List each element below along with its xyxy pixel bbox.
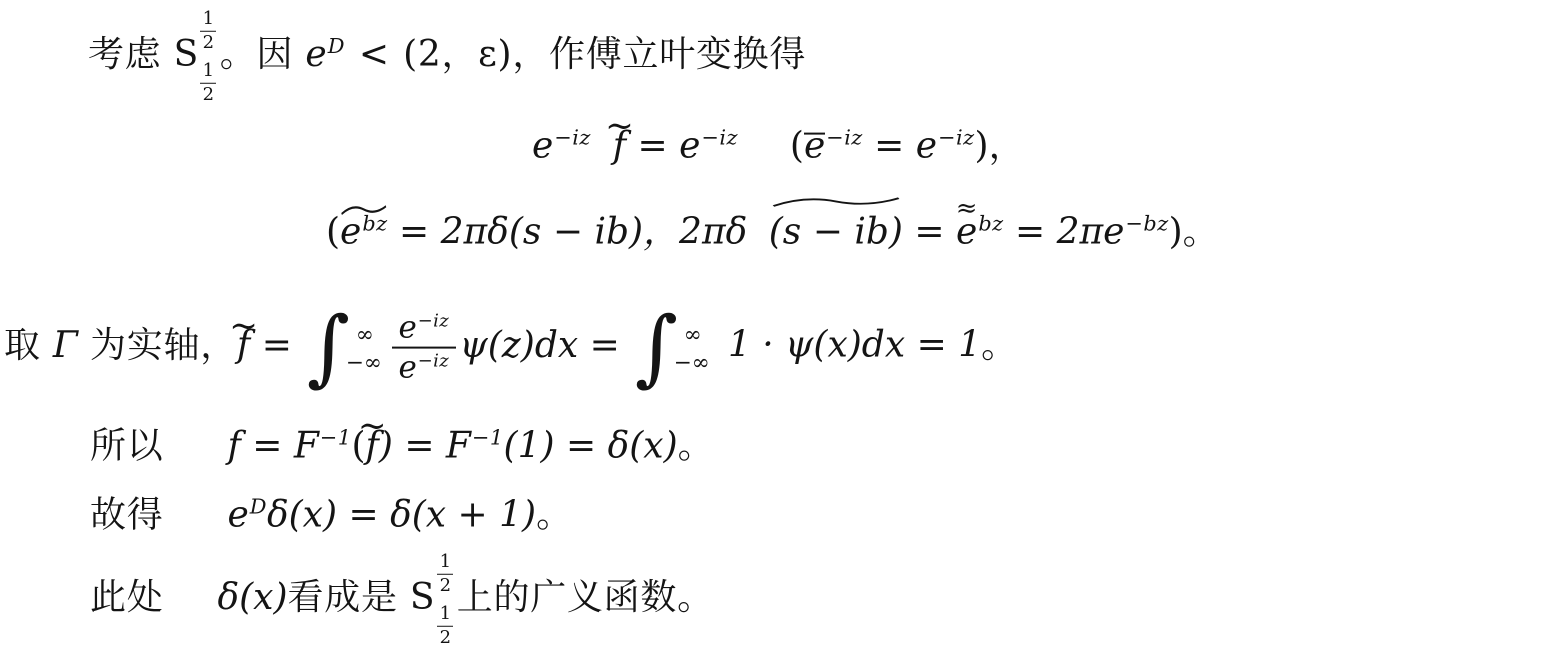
wide-tilde-accent [340, 204, 388, 217]
base-group: (s − ib) [769, 212, 903, 253]
denominator: 2 [200, 31, 216, 53]
equals-sign: = [903, 212, 956, 253]
f-equals-F: f = F [227, 426, 318, 467]
text-real-axis: 为实轴， [78, 325, 237, 366]
superscript: −iz [826, 126, 862, 150]
e-power-D-delta: eDδ(x) = δ(x + 1) [227, 495, 536, 536]
base-e: e [305, 34, 326, 75]
s-minus-ib-widetilde: (s − ib) [769, 210, 903, 257]
page: 考虑 S1212。因 eD<(2，ε)，作傅立叶变换得 e−iz~f = e−i… [0, 0, 1542, 650]
superscript-D: D [328, 34, 345, 58]
integral-limits: ∞−∞ [676, 322, 712, 375]
numerator-e-power: e−iz [392, 311, 456, 350]
delta-shift-equation: δ(x) = δ(x + 1) [267, 495, 536, 536]
text-take: 取 [4, 325, 53, 366]
text-suoyi: 所以 [90, 426, 163, 467]
double-tilde-accent: ≈ [956, 196, 978, 222]
one-dot-psi-x-dx: 1 · ψ(x)dx = 1 [728, 325, 981, 366]
e-with-double-tilde: ≈e [956, 210, 977, 257]
base-e: e [399, 350, 417, 386]
base: = e [626, 126, 700, 167]
integral-minus-inf-to-inf: ∫∞−∞ [635, 307, 713, 390]
superscript-minus-1: −1 [320, 426, 352, 450]
psi-z-dx: ψ(z)dx [460, 325, 579, 366]
e-widetilde-power-bz: ebz [340, 210, 388, 257]
superscript: −iz [418, 310, 449, 331]
equals-e: = e [863, 126, 937, 167]
s-sup-sub-indices: 1212 [200, 9, 216, 105]
equation-middle: = 2πδ(s − ib)，2πδ [388, 212, 759, 253]
gamma-symbol: Γ [53, 325, 78, 366]
open-paren: ( [326, 212, 340, 253]
equals-sign: = [578, 325, 631, 366]
superscript-minus-1: −1 [472, 426, 504, 450]
upper-limit-infinity: ∞ [684, 322, 720, 350]
equals-2pi: = 2π [1004, 212, 1104, 253]
denominator: 2 [200, 84, 216, 106]
close-paren-comma: )， [975, 126, 1025, 167]
e-with-overbar: e [804, 124, 825, 171]
base-e: e [532, 126, 553, 167]
display-equation-2: (ebz = 2πδ(s − ib)，2πδ (s − ib) = ≈ebz =… [326, 210, 1219, 257]
parenthetical-conjugate: (e−iz = e−iz)， [790, 126, 1025, 167]
equals-delta-x: (1) = δ(x) [504, 426, 678, 467]
text-consider: 考虑 [88, 34, 174, 75]
f-equals-F-inverse: f = F−1(~f) = F−1(1) = δ(x) [227, 426, 677, 467]
integral-minus-inf-to-inf: ∫∞−∞ [307, 307, 385, 390]
equals-F: ) = F [379, 426, 471, 467]
sup-fraction: 12 [200, 9, 216, 53]
integral-sign: ∫ [635, 307, 678, 390]
sub-fraction: 12 [437, 604, 453, 648]
paragraph-remark: 此处δ(x)看成是 S1212上的广义函数。 [90, 552, 714, 648]
open-paren: ( [790, 126, 804, 167]
close-paren-period: )。 [1169, 212, 1219, 253]
numerator: 1 [200, 9, 216, 32]
period: 。 [536, 495, 573, 536]
delta-x: δ(x) [217, 577, 287, 618]
tilde-accent: ~ [605, 110, 634, 144]
base-e: e [399, 310, 417, 346]
less-than-sign: < [359, 34, 389, 75]
sub-fraction: 12 [200, 61, 216, 105]
base-e: e [1103, 212, 1124, 253]
superscript: −iz [554, 126, 590, 150]
wide-tilde-accent [769, 196, 903, 209]
paragraph-therefore: 所以f = F−1(~f) = F−1(1) = δ(x)。 [90, 424, 714, 471]
base-e: e [340, 212, 361, 253]
text-seen-as-S: 看成是 S [288, 577, 436, 618]
denominator: 2 [437, 574, 453, 596]
superscript: −iz [418, 351, 449, 372]
period: 。 [981, 325, 1018, 366]
numerator: 1 [200, 61, 216, 84]
paragraph-hence: 故得eDδ(x) = δ(x + 1)。 [90, 493, 573, 540]
equals-e-power-minus-iz: = e−iz [626, 126, 738, 167]
tilde-accent: ~ [229, 309, 258, 343]
superscript: −iz [938, 126, 974, 150]
base-e: e [804, 126, 825, 167]
text-generalized-function: 上的广义函数。 [457, 577, 714, 618]
integral-limits: ∞−∞ [348, 322, 384, 375]
lower-limit-neg-infinity: −∞ [346, 350, 382, 378]
e-power-D: eD [305, 34, 345, 75]
superscript: −bz [1126, 212, 1169, 236]
denominator: 2 [437, 627, 453, 649]
period: 。 [678, 426, 715, 467]
numerator: 1 [437, 604, 453, 627]
sup-fraction: 12 [437, 552, 453, 596]
e-power-minus-iz: e−iz [532, 126, 591, 167]
denominator-e-power: e−iz [392, 349, 456, 386]
e-double-tilde-power-bz: ≈ebz [956, 212, 1004, 253]
text-gude: 故得 [90, 495, 163, 536]
symbol-S: S [174, 34, 199, 75]
tilde-accent: ~ [358, 410, 387, 444]
f-tilde: ~f [366, 424, 379, 471]
numerator: 1 [437, 552, 453, 575]
integral-sign: ∫ [307, 307, 350, 390]
e-power-minus-bz: e−bz [1103, 212, 1168, 253]
upper-limit-infinity: ∞ [356, 322, 392, 350]
text-because: 。因 [220, 34, 306, 75]
fraction-e-over-e: e−ize−iz [392, 311, 456, 386]
lower-limit-neg-infinity: −∞ [674, 350, 710, 378]
superscript: bz [978, 212, 1003, 236]
equals-sign: = [250, 325, 303, 366]
s-sup-sub-indices: 1212 [437, 552, 453, 648]
base-e: e [227, 495, 248, 536]
text-fourier-transform: 作傅立叶变换得 [549, 34, 806, 75]
display-equation-1: e−iz~f = e−iz(e−iz = e−iz)， [532, 124, 1025, 171]
text-interval: (2，ε)， [403, 34, 549, 75]
superscript-D: D [250, 495, 267, 519]
paragraph-gamma-integral: 取 Γ 为实轴，~f = ∫∞−∞e−ize−izψ(z)dx = ∫∞−∞1 … [4, 307, 1018, 390]
superscript: −iz [701, 126, 737, 150]
f-tilde: ~f [613, 124, 626, 171]
f-tilde: ~f [237, 323, 250, 370]
paragraph-line-1: 考虑 S1212。因 eD<(2，ε)，作傅立叶变换得 [88, 9, 806, 105]
text-cichu: 此处 [90, 577, 163, 618]
